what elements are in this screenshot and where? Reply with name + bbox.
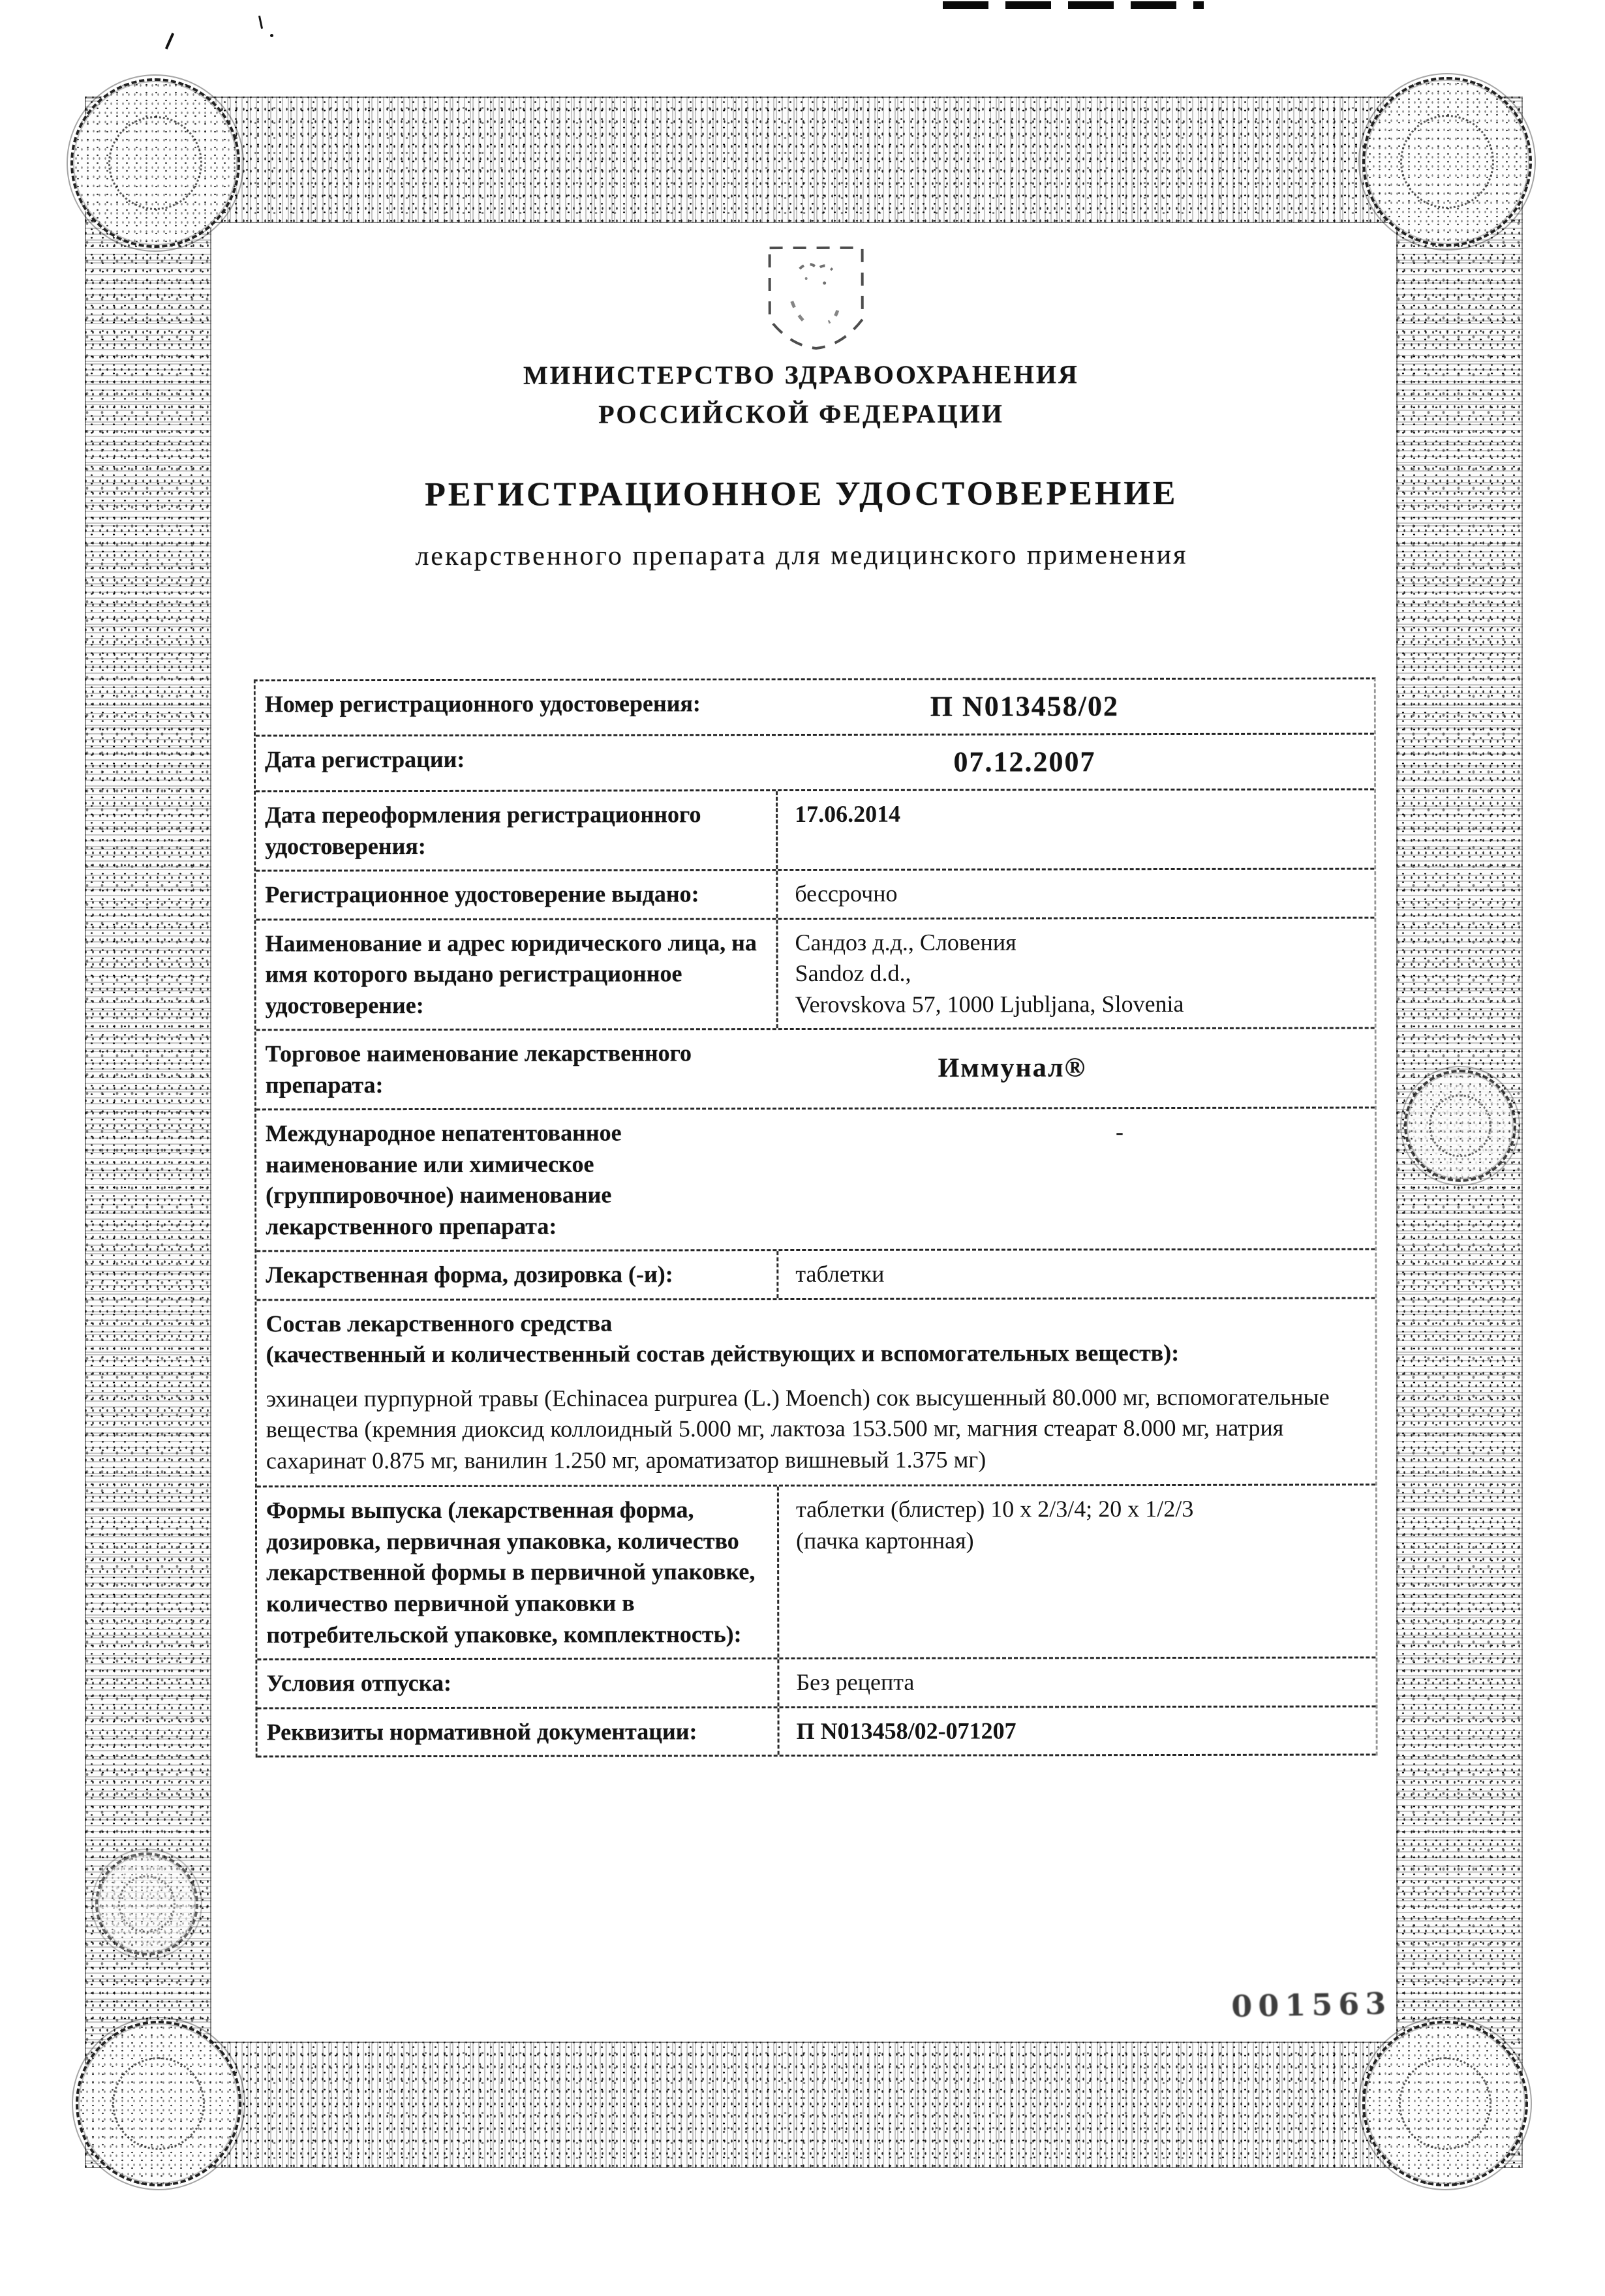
field-value-line: (пачка картонная): [796, 1524, 1361, 1556]
table-row: Дата переоформления регистрационного удо…: [256, 791, 1374, 872]
table-row: Лекарственная форма, дозировка (-и): таб…: [256, 1250, 1375, 1301]
field-value: Без рецепта: [777, 1658, 1375, 1706]
corner-rosette-ornament: [1362, 77, 1532, 247]
field-value: Сандоз д.д., Словения Sandoz d.d., Verov…: [776, 918, 1374, 1028]
field-value: таблетки (блистер) 10 x 2/3/4; 20 x 1/2/…: [777, 1486, 1375, 1657]
field-value-line: Sandoz d.d.,: [795, 958, 1360, 989]
field-value: П N013458/02: [776, 679, 1374, 734]
field-value-line: таблетки (блистер) 10 x 2/3/4; 20 x 1/2/…: [796, 1494, 1361, 1526]
field-label: Наименование и адрес юридического лица, …: [256, 920, 776, 1029]
field-label: Дата переоформления регистрационного удо…: [256, 791, 776, 869]
table-row: Реквизиты нормативной документации: П N0…: [257, 1707, 1375, 1758]
serial-number: 001563: [1231, 1986, 1392, 2024]
field-label: Номер регистрационного удостоверения:: [256, 680, 776, 734]
corner-rosette-ornament: [70, 78, 240, 248]
edge-rosette-ornament: [1404, 1070, 1516, 1182]
document-content: МИНИСТЕРСТВО ЗДРАВООХРАНЕНИЯ РОССИЙСКОЙ …: [0, 0, 1605, 2296]
document-subtitle: лекарственного препарата для медицинског…: [0, 539, 1604, 573]
table-row-composition: Состав лекарственного средства (качестве…: [256, 1299, 1375, 1488]
table-row: Наименование и адрес юридического лица, …: [256, 918, 1374, 1031]
field-value: 17.06.2014: [776, 791, 1374, 869]
composition-heading: Состав лекарственного средства: [256, 1299, 1375, 1340]
field-value: 07.12.2007: [776, 735, 1374, 790]
field-label: Торговое наименование лекарственного пре…: [256, 1030, 776, 1108]
corner-rosette-ornament: [1362, 2021, 1528, 2186]
field-label: Формы выпуска (лекарственная форма, дози…: [257, 1487, 777, 1659]
registration-fields-table: Номер регистрационного удостоверения: П …: [254, 677, 1378, 1757]
ministry-line2: РОССИЙСКОЙ ФЕДЕРАЦИИ: [0, 393, 1604, 435]
field-value-line: Сандоз д.д., Словения: [795, 926, 1360, 958]
field-label: Условия отпуска:: [257, 1659, 777, 1707]
coat-of-arms-icon: [761, 243, 872, 363]
field-value: Иммунал®: [776, 1042, 1375, 1095]
edge-rosette-ornament: [95, 1852, 198, 1956]
field-label: Реквизиты нормативной документации:: [257, 1708, 777, 1756]
field-value: П N013458/02-071207: [777, 1707, 1375, 1755]
table-row: Регистрационное удостоверение выдано: бе…: [256, 870, 1374, 921]
scanned-certificate-page: МИНИСТЕРСТВО ЗДРАВООХРАНЕНИЯ РОССИЙСКОЙ …: [0, 0, 1605, 2296]
table-row: Дата регистрации: 07.12.2007: [256, 735, 1374, 793]
table-row: Торговое наименование лекарственного пре…: [256, 1029, 1375, 1111]
table-row: Номер регистрационного удостоверения: П …: [256, 679, 1374, 736]
field-value: бессрочно: [776, 870, 1374, 918]
field-value: -: [776, 1109, 1375, 1250]
table-row: Формы выпуска (лекарственная форма, дози…: [257, 1486, 1375, 1661]
corner-rosette-ornament: [76, 2021, 241, 2186]
table-row: Международное непатентованное наименован…: [256, 1109, 1375, 1252]
document-title: РЕГИСТРАЦИОННОЕ УДОСТОВЕРЕНИЕ: [0, 474, 1604, 515]
field-label: Лекарственная форма, дозировка (-и):: [256, 1251, 776, 1299]
composition-subheading: (качественный и количественный состав де…: [257, 1338, 1375, 1378]
composition-body: эхинацеи пурпурной травы (Echinacea purp…: [257, 1375, 1375, 1486]
ministry-header: МИНИСТЕРСТВО ЗДРАВООХРАНЕНИЯ РОССИЙСКОЙ …: [0, 354, 1604, 435]
field-label: Международное непатентованное наименован…: [256, 1110, 776, 1250]
field-value-line: Verovskova 57, 1000 Ljubljana, Slovenia: [795, 988, 1360, 1020]
field-label: Дата регистрации:: [256, 736, 776, 790]
field-label: Регистрационное удостоверение выдано:: [256, 871, 776, 918]
table-row: Условия отпуска: Без рецепта: [257, 1658, 1375, 1709]
field-value: таблетки: [776, 1250, 1375, 1298]
ministry-line1: МИНИСТЕРСТВО ЗДРАВООХРАНЕНИЯ: [0, 354, 1604, 396]
